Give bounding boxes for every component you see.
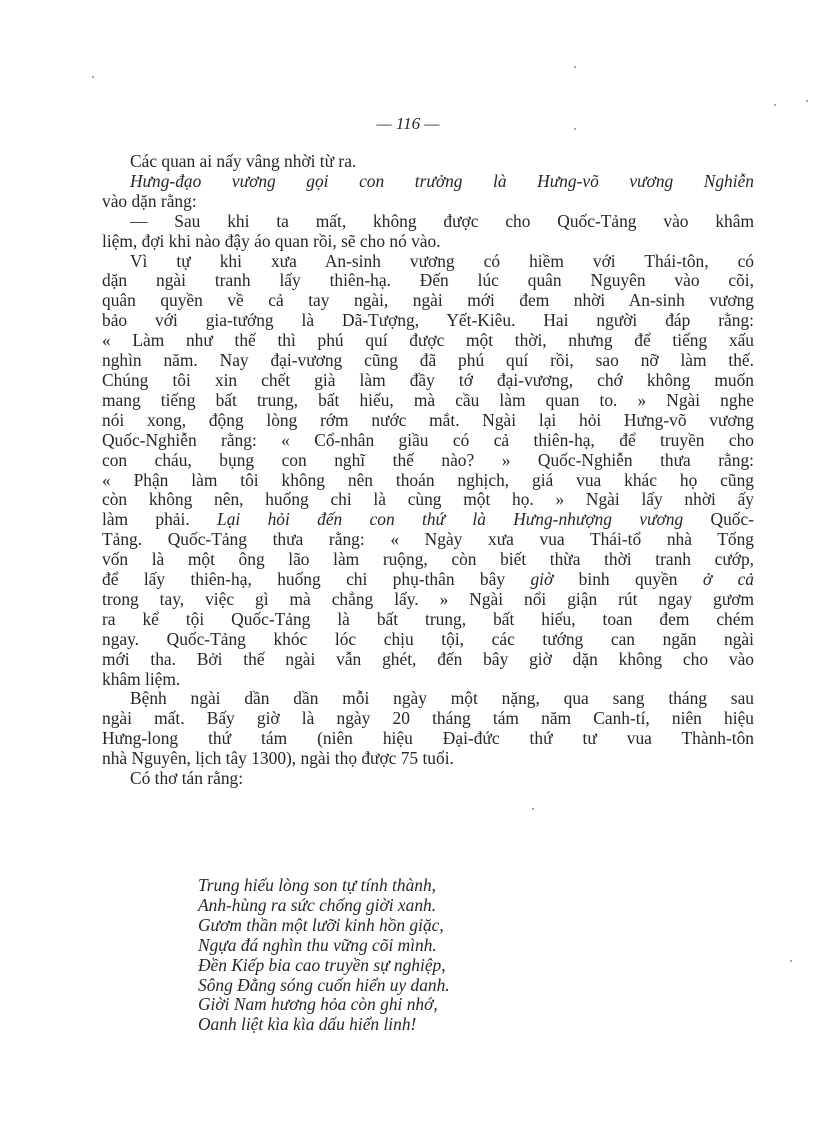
scan-speck bbox=[806, 100, 808, 102]
text-segment: giờ bbox=[530, 569, 553, 589]
text-line: Tảng. Quốc-Tảng thưa rằng: « Ngày xưa vu… bbox=[102, 530, 754, 550]
text-line: nghìn năm. Nay đại-vương cũng đã phú quí… bbox=[102, 351, 754, 371]
text-segment: để lấy thiên-hạ, huống chi phụ-thân bây bbox=[102, 569, 530, 589]
text-line: khâm liệm. bbox=[102, 670, 754, 690]
text-line: trong tay, việc gì mà chẳng lấy. » Ngài … bbox=[102, 590, 754, 610]
text-segment: Hưng-võ vương Nghiễn bbox=[537, 171, 754, 191]
text-line: để lấy thiên-hạ, huống chi phụ-thân bây … bbox=[102, 570, 754, 590]
scan-speck bbox=[532, 808, 534, 810]
text-line: ngay. Quốc-Tảng khóc lóc chịu tội, các t… bbox=[102, 630, 754, 650]
text-line: còn không nên, huống chi là cùng một họ.… bbox=[102, 490, 754, 510]
scan-speck bbox=[92, 76, 94, 78]
page-number: — 116 — bbox=[0, 114, 816, 134]
poem-verse: Trung hiếu lòng son tự tính thành, bbox=[198, 876, 450, 896]
text-segment: ở cả bbox=[703, 569, 754, 589]
text-line: nói xong, động lòng rớm nước mắt. Ngài l… bbox=[102, 411, 754, 431]
text-line: vào dặn rằng: bbox=[102, 192, 754, 212]
poem-verse: Sông Đằng sóng cuốn hiển uy danh. bbox=[198, 976, 450, 996]
text-line: nhà Nguyên, lịch tây 1300), ngài thọ đượ… bbox=[102, 749, 754, 769]
text-segment: Lại hỏi đến con thứ là Hưng-nhượng vương bbox=[217, 509, 683, 529]
text-line: Có thơ tán rằng: bbox=[102, 769, 754, 789]
text-segment: Hưng-đạo vương gọi con trưởng là bbox=[130, 171, 537, 191]
text-line: Hưng-long thứ tám (niên hiệu Đại-đức thứ… bbox=[102, 729, 754, 749]
scan-speck bbox=[774, 104, 776, 106]
text-line: dặn ngài tranh lấy thiên-hạ. Đến lúc quâ… bbox=[102, 271, 754, 291]
text-line: làm phải. Lại hỏi đến con thứ là Hưng-nh… bbox=[102, 510, 754, 530]
text-line: Hưng-đạo vương gọi con trưởng là Hưng-võ… bbox=[102, 172, 754, 192]
text-line: « Làm như thế thì phú quí được một thời,… bbox=[102, 331, 754, 351]
text-segment: binh quyền bbox=[553, 569, 703, 589]
text-line: mới tha. Bởi thế ngài vẫn ghét, đến bây … bbox=[102, 650, 754, 670]
scan-speck bbox=[574, 66, 576, 68]
text-line: con cháu, bụng con nghĩ thế nào? » Quốc-… bbox=[102, 451, 754, 471]
scan-speck bbox=[790, 960, 792, 962]
text-line: ra kể tội Quốc-Tảng là bất trung, bất hi… bbox=[102, 610, 754, 630]
text-line: bảo với gia-tướng là Dã-Tượng, Yết-Kiêu.… bbox=[102, 311, 754, 331]
text-line: — Sau khi ta mất, không được cho Quốc-Tả… bbox=[102, 212, 754, 232]
poem-verse: Ngựa đá nghìn thu vững cõi mình. bbox=[198, 936, 450, 956]
text-line: mang tiếng bất trung, bất hiếu, mà cầu l… bbox=[102, 391, 754, 411]
scanned-book-page: — 116 — Các quan ai nấy vâng nhời từ ra.… bbox=[0, 0, 816, 1123]
text-line: Quốc-Nghiễn rằng: « Cổ-nhân giầu có cả t… bbox=[102, 431, 754, 451]
poem: Trung hiếu lòng son tự tính thành,Anh-hù… bbox=[198, 876, 450, 1035]
poem-verse: Giời Nam hương hỏa còn ghi nhớ, bbox=[198, 995, 450, 1015]
text-line: liệm, đợi khi nào đậy áo quan rồi, sẽ ch… bbox=[102, 232, 754, 252]
text-line: ngài mất. Bấy giờ là ngày 20 tháng tám n… bbox=[102, 709, 754, 729]
text-line: vốn là một ông lão làm ruộng, còn biết t… bbox=[102, 550, 754, 570]
poem-verse: Anh-hùng ra sức chống giời xanh. bbox=[198, 896, 450, 916]
text-line: « Phận làm tôi không nên thoán nghịch, g… bbox=[102, 471, 754, 491]
text-segment: làm phải. bbox=[102, 509, 217, 529]
text-line: Bệnh ngài dần dần mỗi ngày một nặng, qua… bbox=[102, 689, 754, 709]
text-line: Chúng tôi xin chết già làm đầy tớ đại-vư… bbox=[102, 371, 754, 391]
body-text: Các quan ai nấy vâng nhời từ ra.Hưng-đạo… bbox=[102, 152, 754, 789]
scan-speck bbox=[574, 128, 576, 130]
text-line: quân quyền về cả tay ngài, ngài mới đem … bbox=[102, 291, 754, 311]
poem-verse: Gươm thần một lưỡi kinh hồn giặc, bbox=[198, 916, 450, 936]
text-line: Vì tự khi xưa An-sinh vương có hiềm với … bbox=[102, 252, 754, 272]
text-segment: Quốc- bbox=[683, 509, 754, 529]
poem-verse: Oanh liệt kìa kìa dấu hiển linh! bbox=[198, 1015, 450, 1035]
poem-verse: Đền Kiếp bia cao truyền sự nghiệp, bbox=[198, 956, 450, 976]
text-line: Các quan ai nấy vâng nhời từ ra. bbox=[102, 152, 754, 172]
